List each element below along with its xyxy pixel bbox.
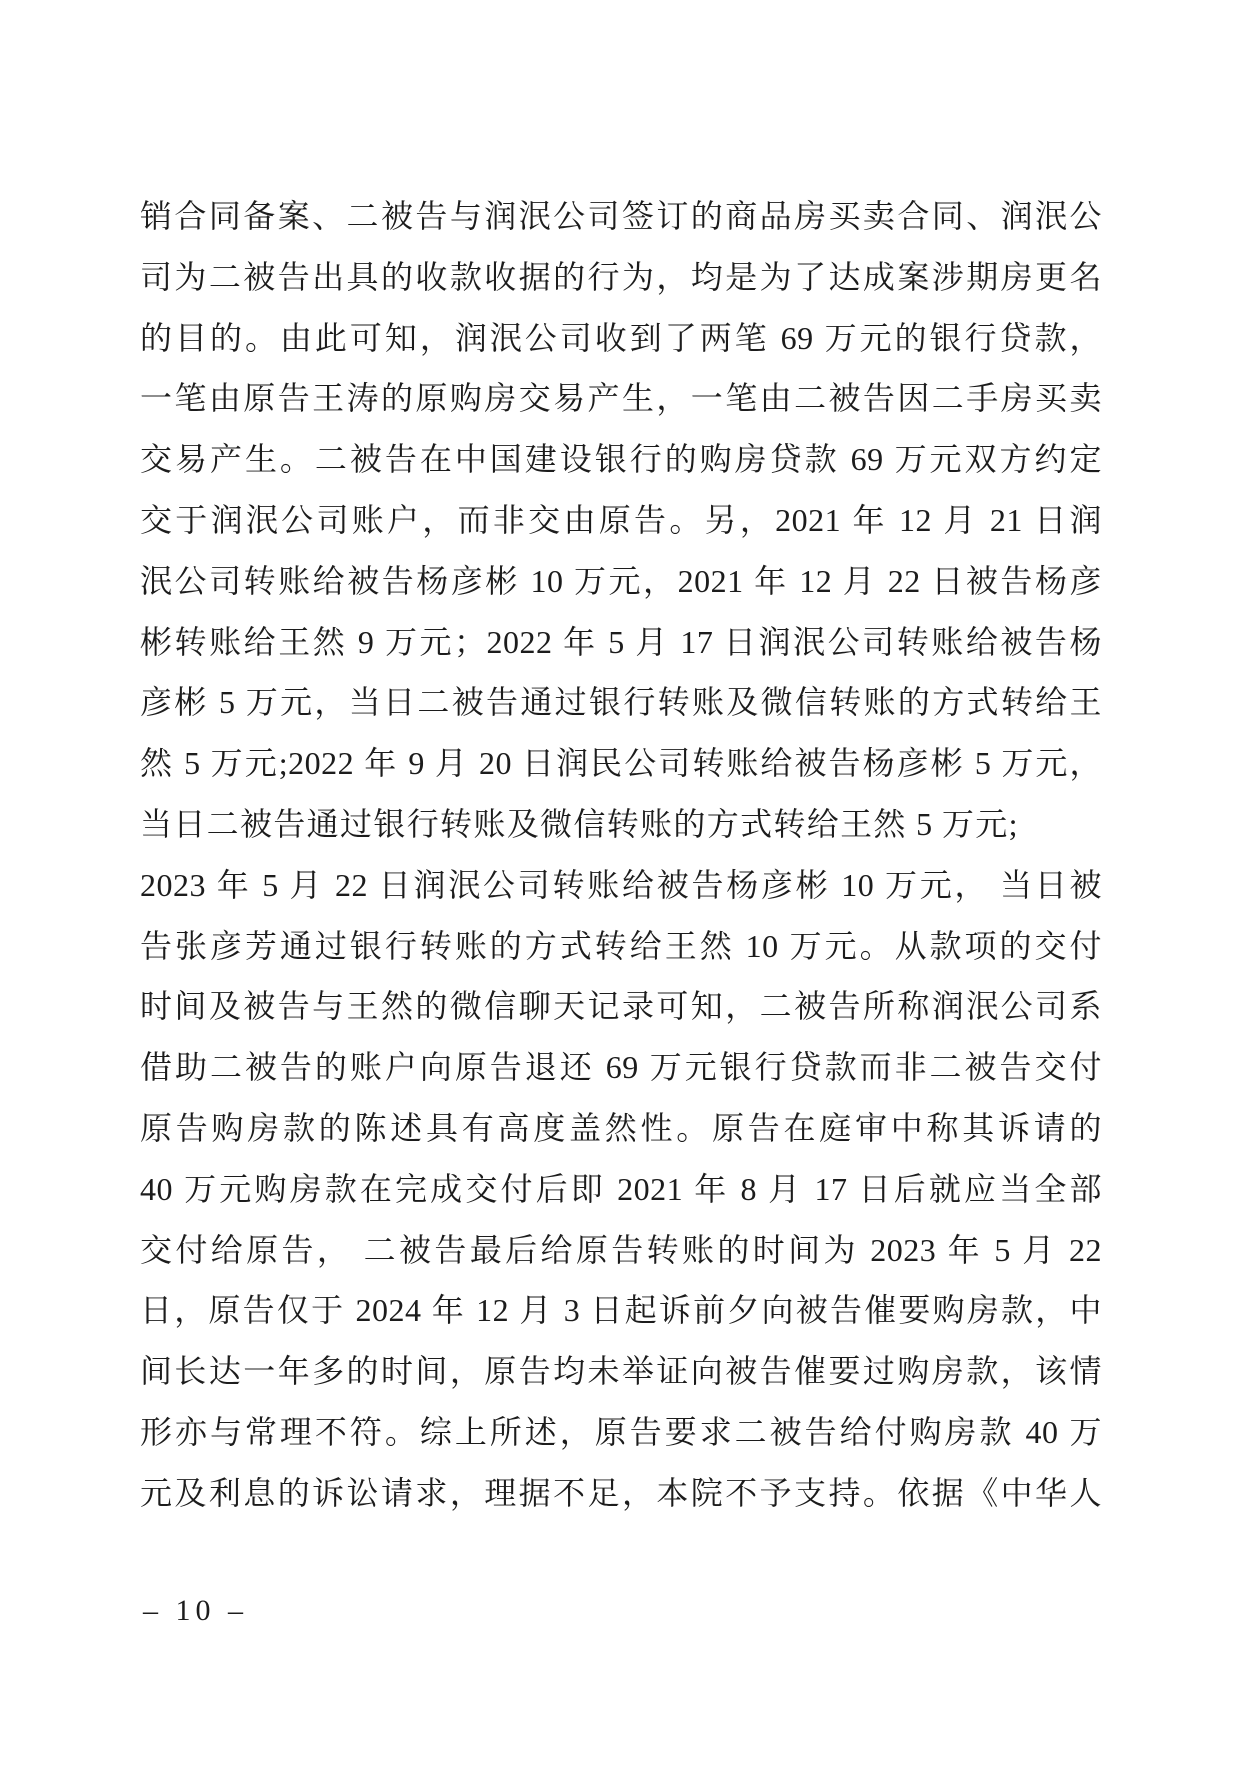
text-line: 交付给原告， 二被告最后给原告转账的时间为 2023 年 5 月 22 [140, 1220, 1102, 1281]
text-line: 彬转账给王然 9 万元；2022 年 5 月 17 日润泯公司转账给被告杨 [140, 612, 1102, 673]
text-line: 日，原告仅于 2024 年 12 月 3 日起诉前夕向被告催要购房款，中 [140, 1280, 1102, 1341]
text-line: 销合同备案、二被告与润泯公司签订的商品房买卖合同、润泯公 [140, 186, 1102, 247]
text-line: 借助二被告的账户向原告退还 69 万元银行贷款而非二被告交付 [140, 1037, 1102, 1098]
text-line: 交于润泯公司账户，而非交由原告。另，2021 年 12 月 21 日润 [140, 490, 1102, 551]
text-line: 一笔由原告王涛的原购房交易产生，一笔由二被告因二手房买卖 [140, 368, 1102, 429]
text-line: 然 5 万元;2022 年 9 月 20 日润民公司转账给被告杨彦彬 5 万元， [140, 733, 1102, 794]
page-number: – 10 – [143, 1594, 248, 1628]
text-line: 司为二被告出具的收款收据的行为，均是为了达成案涉期房更名 [140, 247, 1102, 308]
text-line: 形亦与常理不符。综上所述，原告要求二被告给付购房款 40 万 [140, 1402, 1102, 1463]
text-line: 告张彦芳通过银行转账的方式转给王然 10 万元。从款项的交付 [140, 916, 1102, 977]
text-line: 原告购房款的陈述具有高度盖然性。原告在庭审中称其诉请的 [140, 1098, 1102, 1159]
text-line: 彦彬 5 万元，当日二被告通过银行转账及微信转账的方式转给王 [140, 672, 1102, 733]
judgment-text-block: 销合同备案、二被告与润泯公司签订的商品房买卖合同、润泯公 司为二被告出具的收款收… [140, 186, 1102, 1524]
text-line: 当日二被告通过银行转账及微信转账的方式转给王然 5 万元; [140, 794, 1018, 855]
document-page: 销合同备案、二被告与润泯公司签订的商品房买卖合同、润泯公 司为二被告出具的收款收… [0, 0, 1236, 1766]
text-line: 交易产生。二被告在中国建设银行的购房贷款 69 万元双方约定 [140, 429, 1102, 490]
text-line: 2023 年 5 月 22 日润泯公司转账给被告杨彦彬 10 万元， 当日被 [140, 855, 1102, 916]
text-line: 元及利息的诉讼请求，理据不足，本院不予支持。依据《中华人 [140, 1463, 1102, 1524]
text-line: 时间及被告与王然的微信聊天记录可知，二被告所称润泯公司系 [140, 976, 1102, 1037]
text-line: 40 万元购房款在完成交付后即 2021 年 8 月 17 日后就应当全部 [140, 1159, 1102, 1220]
text-line: 泯公司转账给被告杨彦彬 10 万元，2021 年 12 月 22 日被告杨彦 [140, 551, 1102, 612]
text-line: 间长达一年多的时间，原告均未举证向被告催要过购房款，该情 [140, 1341, 1102, 1402]
text-line: 的目的。由此可知，润泯公司收到了两笔 69 万元的银行贷款， [140, 308, 1102, 369]
